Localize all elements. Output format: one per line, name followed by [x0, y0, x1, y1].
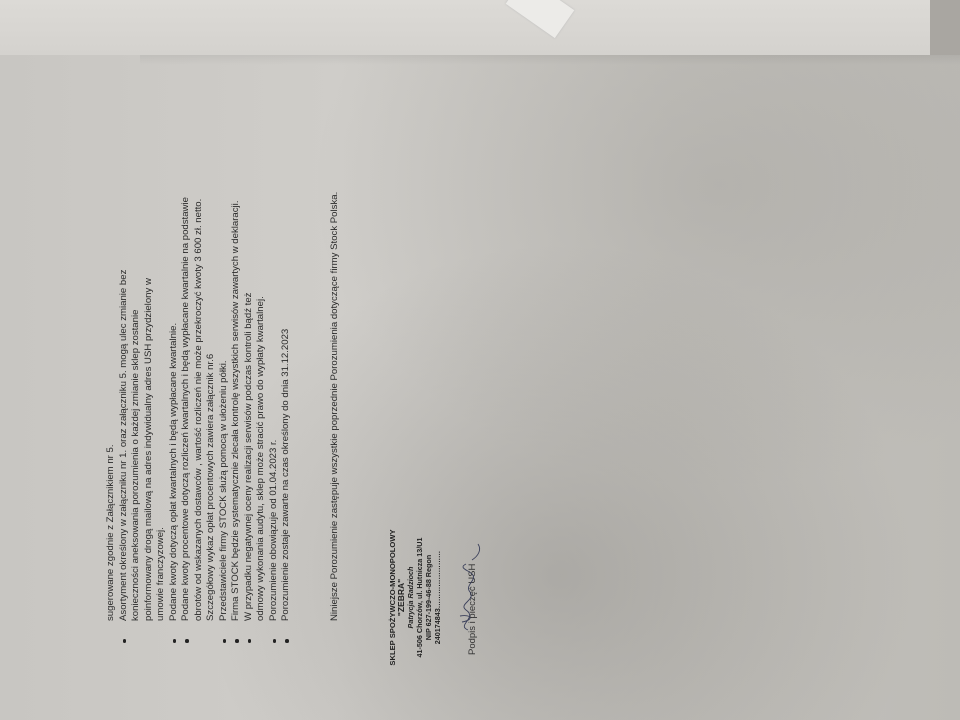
- bullet-item: Podane kwoty dotyczą opłat kwartalnych i…: [168, 105, 181, 665]
- background-edge: [930, 0, 960, 55]
- terms-list: sugerowane zgodnie z Załącznikiem nr 5.A…: [105, 105, 293, 665]
- bullet-item: Przedstawiciele firmy STOCK służą pomocą…: [218, 105, 231, 665]
- document-body: sugerowane zgodnie z Załącznikiem nr 5.A…: [105, 105, 341, 665]
- stamp-owner: Patrycja Radzioch: [406, 515, 415, 680]
- bullet-item: Porozumienie obowiązuje od 01.04.2023 r.: [268, 105, 281, 665]
- bullet-item: Asortyment określony w załączniku nr 1. …: [118, 105, 131, 665]
- text-line: Szczegółowy wykaz opłat procentowych zaw…: [205, 105, 218, 665]
- replacement-notice: Niniejsze Porozumienie zastępuje wszystk…: [329, 105, 342, 665]
- bullet-item: W przypadku negatywnej oceny realizacji …: [243, 105, 256, 665]
- page-edge-shadow: [140, 55, 960, 65]
- text-line: odmowy wykonania audytu, sklep może stra…: [255, 105, 268, 665]
- stamp-brand: "ZEBRA": [397, 515, 406, 680]
- bullet-item: Porozumienie zostaje zawarte na czas okr…: [280, 105, 293, 665]
- text-line: poinformowany drogą mailową na adres ind…: [143, 105, 156, 665]
- bullet-item: Firma STOCK będzie systematycznie zlecał…: [230, 105, 243, 665]
- signature-dotted-line: ……………………: [433, 551, 442, 609]
- stamp-tax-ids: NIP 627-199-46-88 Regon 240174843……………………: [424, 515, 442, 680]
- background-sheet: [0, 0, 930, 55]
- handwritten-signature: [448, 530, 488, 640]
- company-stamp: SKLEP SPOŻYWCZO-MONOPOLOWY "ZEBRA" Patry…: [388, 515, 442, 680]
- text-line: konieczności aneksowania porozumienia o …: [130, 105, 143, 665]
- stamp-address: 41-506 Chorzów, ul. Hutnicza 13/U1: [415, 515, 424, 680]
- text-line: umowie franczyzowej.: [155, 105, 168, 665]
- text-line: obrotów od wskazanych dostawców , wartoś…: [193, 105, 206, 665]
- bullet-item: Podane kwoty procentowe dotyczą rozlicze…: [180, 105, 193, 665]
- text-line: sugerowane zgodnie z Załącznikiem nr 5.: [105, 105, 118, 665]
